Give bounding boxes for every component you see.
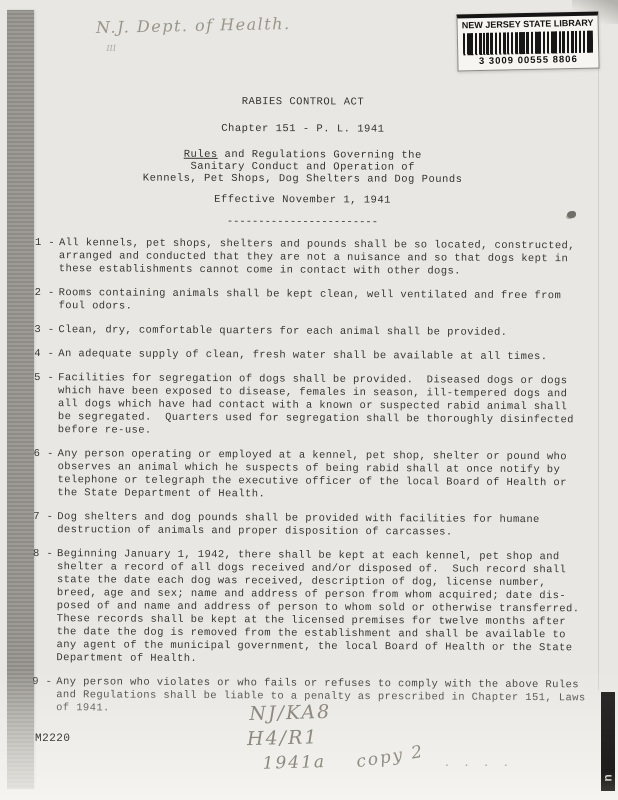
rule-item-3: 3 -Clean, dry, comfortable quarters for …: [34, 324, 607, 341]
rule-number: 3 -: [34, 324, 54, 337]
title-block: RABIES CONTROL ACT Chapter 151 - P. L. 1…: [17, 95, 588, 230]
rule-number: 2 -: [35, 287, 55, 300]
handwritten-call-number: NJ/KA8 H4/R1 1941a: [246, 700, 333, 777]
rule-text: An adequate supply of clean, fresh water…: [58, 348, 607, 364]
handwritten-tick-mark: III: [106, 44, 116, 53]
barcode-number: 3 3009 00555 8806: [461, 54, 595, 68]
rule-item-4: 4 -An adequate supply of clean, fresh wa…: [34, 348, 607, 365]
rule-text: Beginning January 1, 1942, there shall b…: [56, 548, 606, 668]
scanned-document-page: n N.J. Dept. of Health. III NEW JERSEY S…: [0, 0, 618, 800]
call-number-line-2: H4/R1: [247, 725, 333, 752]
rule-item-8: 8 -Beginning January 1, 1942, there shal…: [32, 548, 606, 668]
subtitle-underlined-word: Rules: [184, 149, 218, 161]
copy-note: copy 2: [355, 742, 426, 772]
rule-item-2: 2 -Rooms containing animals shall be kep…: [35, 287, 608, 316]
subtitle-line-3: Kennels, Pet Shops, Dog Shelters and Dog…: [18, 172, 588, 186]
rule-item-6: 6 -Any person operating or employed at a…: [33, 448, 606, 503]
subtitle-line-1-rest: and Regulations Governing the: [218, 149, 422, 162]
rule-text: Clean, dry, comfortable quarters for eac…: [58, 324, 607, 340]
call-number-line-3: 1941a: [262, 750, 333, 777]
rule-item-5: 5 -Facilities for segregation of dogs sh…: [34, 372, 607, 440]
rule-number: 7 -: [33, 511, 53, 524]
chapter-line: Chapter 151 - P. L. 1941: [18, 122, 588, 137]
scan-edge-bottom-right-bar: n: [601, 692, 615, 791]
library-barcode-label: NEW JERSEY STATE LIBRARY 3 3009 00555 88…: [456, 12, 599, 72]
dashed-separator: ------------------------: [17, 215, 587, 230]
rule-number: 1 -: [35, 237, 55, 250]
rule-number: 4 -: [34, 348, 54, 361]
handwritten-note: N.J. Dept. of Health. III: [96, 14, 291, 37]
rule-text: Facilities for segregation of dogs shall…: [58, 372, 607, 440]
rule-text: Rooms containing animals shall be kept c…: [59, 287, 608, 316]
bar-glyph: n: [601, 774, 615, 781]
rules-list: 1 -All kennels, pet shops, shelters and …: [32, 237, 608, 729]
effective-date-line: Effective November 1, 1941: [18, 193, 588, 208]
call-number-line-1: NJ/KA8: [249, 700, 332, 727]
rule-item-7: 7 -Dog shelters and dog pounds shall be …: [33, 511, 606, 540]
library-name: NEW JERSEY STATE LIBRARY: [461, 18, 595, 32]
rule-text: Dog shelters and dog pounds shall be pro…: [57, 511, 606, 540]
rule-text: Any person operating or employed at a ke…: [57, 448, 606, 503]
rule-number: 6 -: [34, 448, 54, 461]
rule-number: 8 -: [33, 548, 53, 561]
rule-item-1: 1 -All kennels, pet shops, shelters and …: [35, 237, 608, 279]
rule-number: 5 -: [34, 372, 54, 385]
barcode: [463, 31, 593, 56]
document-number: M2220: [35, 733, 71, 745]
handwritten-note-text: N.J. Dept. of Health.: [96, 14, 291, 37]
document-title: RABIES CONTROL ACT: [18, 95, 588, 110]
stray-pencil-dots: . . . .: [445, 755, 514, 769]
rule-text: All kennels, pet shops, shelters and pou…: [59, 237, 608, 279]
rule-number: 9 -: [32, 676, 52, 689]
